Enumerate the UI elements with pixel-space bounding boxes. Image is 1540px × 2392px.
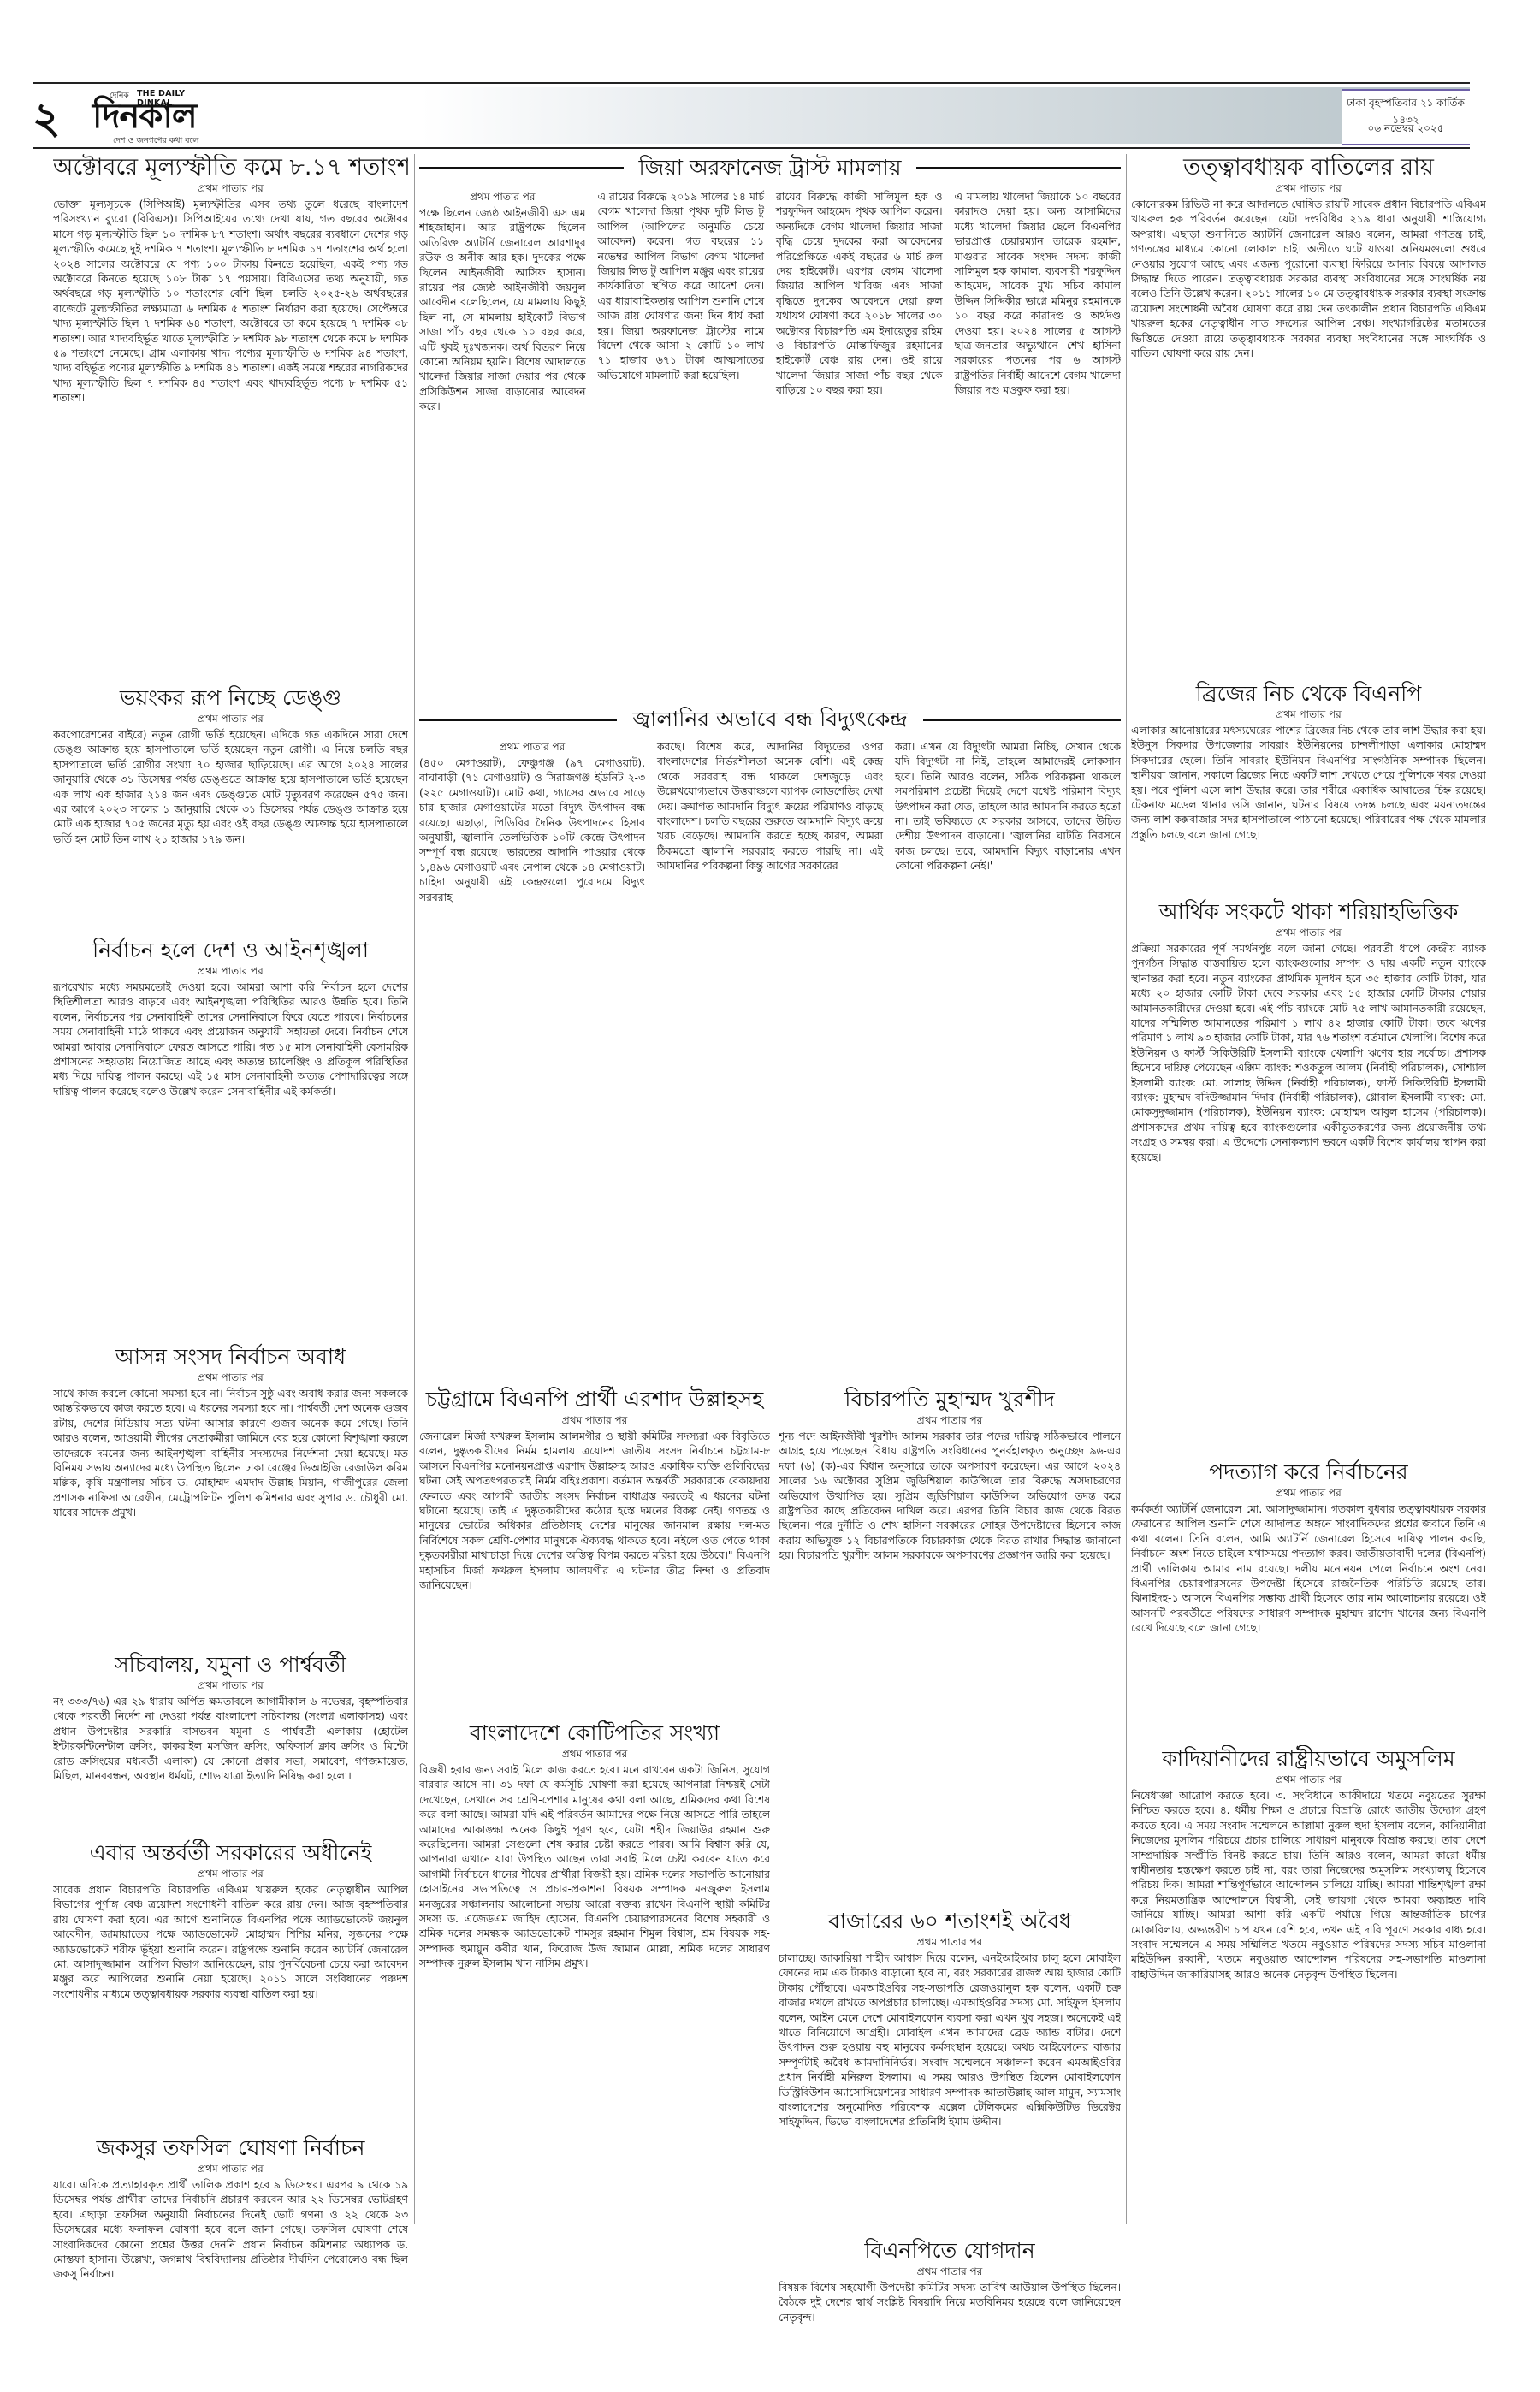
article-kicker: প্রথম পাতার পর (53, 1867, 408, 1880)
article-kicker: প্রথম পাতার পর (1131, 181, 1486, 195)
article-khurshid[interactable]: বিচারপতি মুহাম্মদ খুরশীদ প্রথম পাতার পর … (779, 1386, 1121, 1904)
article-parliament[interactable]: আসন্ন সংসদ নির্বাচন অবাধ প্রথম পাতার পর … (53, 1343, 408, 1647)
article-body: বিজয়ী হবার জন্য সবাই মিলে কাজ করতে হবে।… (419, 1763, 770, 1972)
article-headline[interactable]: বিচারপতি মুহাম্মদ খুরশীদ (779, 1386, 1121, 1413)
article-body: চালাচ্ছে। জাকারিয়া শাহীদ আশ্বাস দিয়ে ব… (779, 1951, 1121, 2130)
article-body: সাথে কাজ করলে কোনো সমস্যা হবে না। নির্বা… (53, 1387, 408, 1521)
article-joining[interactable]: বিএনপিতে যোগদান প্রথম পাতার পর বিষয়ক বি… (779, 2237, 1121, 2340)
article-body: কর্মকর্তা অ্যাটর্নি জেনারেল মো. আসাদুজ্জ… (1131, 1502, 1486, 1637)
article-kicker: প্রথম পাতার পর (1131, 1486, 1486, 1500)
article-body: কোনোরকম রিভিউ না করে আদালতে ঘোষিত রায়টি… (1131, 198, 1486, 361)
article-body: করপোরেশনের বাইরে) নতুন রোগী ভর্তি হয়েছে… (53, 728, 408, 847)
article-zia-trust[interactable]: জিয়া অরফানেজ ট্রাস্ট মামলায় প্রথম পাতা… (419, 154, 1121, 702)
column-divider (414, 154, 415, 2224)
article-kicker: প্রথম পাতার পর (419, 740, 645, 754)
article-market[interactable]: বাজারের ৬০ শতাংশই অবৈধ প্রথম পাতার পর চা… (779, 1908, 1121, 2224)
article-headline[interactable]: জ্বালানির অভাবে বন্ধ বিদ্যুৎকেন্দ্র (419, 706, 1121, 733)
article-headline[interactable]: কাদিয়ানীদের রাষ্ট্রীয়ভাবে অমুসলিম (1131, 1745, 1486, 1773)
article-kicker: প্রথম পাতার পর (53, 964, 408, 978)
article-schedule[interactable]: জকসুর তফসিল ঘোষণা নির্বাচন প্রথম পাতার প… (53, 2134, 408, 2327)
article-headline[interactable]: আসন্ন সংসদ নির্বাচন অবাধ (53, 1343, 408, 1371)
dateline-box: ঢাকা বৃহস্পতিবার ২১ কার্তিক ১৪৩২ ০৬ নভেম… (1342, 89, 1470, 145)
article-kicker: প্রথম পাতার পর (53, 1371, 408, 1384)
article-kicker: প্রথম পাতার পর (53, 712, 408, 725)
article-body: নিষেধাজ্ঞা আরোপ করতে হবে। ৩. সংবিধানে আক… (1131, 1789, 1486, 1982)
article-headline[interactable]: ব্রিজের নিচ থেকে বিএনপি (1131, 680, 1486, 708)
article-millionaires[interactable]: বাংলাদেশে কোটিপতির সংখ্যা প্রথম পাতার পর… (419, 1720, 770, 2336)
article-body: (৪৫০ মেগাওয়াট), ফেঞ্চুগঞ্জ (৯৭ মেগাওয়া… (419, 757, 645, 903)
article-headline[interactable]: অক্টোবরে মূল্যস্ফীতি কমে ৮.১৭ শতাংশ (53, 154, 408, 181)
logo-wordmark: দিনকাল (92, 98, 197, 135)
article-column: করা। এখন যে বিদ্যুৎটা আমরা নিচ্ছি, সেখান… (895, 740, 1121, 905)
article-column: করছে। বিশেষ করে, আদানির বিদ্যুতের ওপর বা… (657, 740, 883, 905)
article-headline[interactable]: বাংলাদেশে কোটিপতির সংখ্যা (419, 1720, 770, 1747)
article-headline[interactable]: তত্ত্বাবধায়ক বাতিলের রায় (1131, 154, 1486, 181)
article-kicker: প্রথম পাতার পর (779, 2265, 1121, 2278)
article-inflation[interactable]: অক্টোবরে মূল্যস্ফীতি কমে ৮.১৭ শতাংশ প্রথ… (53, 154, 408, 637)
article-resign[interactable]: পদত্যাগ করে নির্বাচনের প্রথম পাতার পর কর… (1131, 1459, 1486, 1741)
column-divider (1126, 154, 1127, 2224)
masthead-banner: ২ দৈনিক THE DAILY DINKAL দিনকাল দেশ ও জন… (33, 87, 1470, 144)
article-sharia-banks[interactable]: আর্থিক সংকটে থাকা শরিয়াহভিত্তিক প্রথম প… (1131, 898, 1486, 1454)
article-body: সাবেক প্রধান বিচারপতি বিচারপতি এবিএম খায… (53, 1883, 408, 2002)
article-kicker: প্রথম পাতার পর (1131, 926, 1486, 939)
article-kicker: প্রথম পাতার পর (1131, 1773, 1486, 1786)
article-body: প্রক্রিয়া সরকারের পূর্ণ সমর্থনপুষ্ট বলে… (1131, 942, 1486, 1165)
section-divider (419, 702, 1121, 702)
article-kicker: প্রথম পাতার পর (779, 1935, 1121, 1949)
article-caretaker[interactable]: তত্ত্বাবধায়ক বাতিলের রায় প্রথম পাতার প… (1131, 154, 1486, 667)
article-bridge[interactable]: ব্রিজের নিচ থেকে বিএনপি প্রথম পাতার পর এ… (1131, 680, 1486, 894)
page-number: ২ (33, 94, 61, 142)
article-dengue[interactable]: ভয়ংকর রূপ নিচ্ছে ডেঙ্গু প্রথম পাতার পর … (53, 684, 408, 911)
article-kicker: প্রথম পাতার পর (53, 1679, 408, 1692)
article-secretariat[interactable]: সচিবালয়, যমুনা ও পার্শ্ববর্তী প্রথম পাত… (53, 1651, 408, 1835)
newspaper-logo[interactable]: দৈনিক THE DAILY DINKAL দিনকাল দেশ ও জনগণ… (92, 89, 199, 147)
article-body: ভোক্তা মূল্যসূচকে (সিপিআই) মূল্যস্ফীতির … (53, 198, 408, 406)
article-headline[interactable]: আর্থিক সংকটে থাকা শরিয়াহভিত্তিক (1131, 898, 1486, 926)
article-body: পক্ষে ছিলেন জ্যেষ্ঠ আইনজীবী এস এম শাহজাহ… (419, 207, 586, 412)
article-headline[interactable]: জিয়া অরফানেজ ট্রাস্ট মামলায় (419, 154, 1121, 181)
article-body: জেনারেল মির্জা ফখরুল ইসলাম আলমগীর ও স্থা… (419, 1430, 770, 1593)
article-kicker: প্রথম পাতার পর (419, 1747, 770, 1761)
article-chattogram[interactable]: চট্টগ্রামে বিএনপি প্রার্থী এরশাদ উল্লাহস… (419, 1386, 770, 1720)
article-headline[interactable]: এবার অন্তর্বর্তী সরকারের অধীনেই (53, 1839, 408, 1867)
article-column: এ রায়ের বিরুদ্ধে ২০১৯ সালের ১৪ মার্চ বে… (598, 190, 765, 415)
headline-text: জিয়া অরফানেজ ট্রাস্ট মামলায় (639, 154, 902, 181)
article-interim[interactable]: এবার অন্তর্বর্তী সরকারের অধীনেই প্রথম পা… (53, 1839, 408, 2147)
article-kicker: প্রথম পাতার পর (53, 181, 408, 195)
article-headline[interactable]: পদত্যাগ করে নির্বাচনের (1131, 1459, 1486, 1486)
headline-text: জ্বালানির অভাবে বন্ধ বিদ্যুৎকেন্দ্র (632, 706, 907, 733)
article-headline[interactable]: ভয়ংকর রূপ নিচ্ছে ডেঙ্গু (53, 684, 408, 712)
article-body: যাবে। এদিকে প্রত্যাহারকৃত প্রার্থী তালিক… (53, 2178, 408, 2282)
date-divider (1347, 115, 1465, 115)
article-body: এলাকার আনোয়ারের মৎস্যঘেরের পাশের ব্রিজে… (1131, 724, 1486, 843)
logo-tagline: দেশ ও জনগণের কথা বলে (113, 135, 198, 148)
article-headline[interactable]: চট্টগ্রামে বিএনপি প্রার্থী এরশাদ উল্লাহস… (419, 1386, 770, 1413)
article-kicker: প্রথম পাতার পর (419, 190, 586, 204)
article-body: রূপরেখার মধ্যে সময়মতোই দেওয়া হবে। আমরা… (53, 980, 408, 1099)
article-body: নং-৩৩৩/৭৬)-এর ২৯ ধারায় অর্পিত ক্ষমতাবলে… (53, 1695, 408, 1784)
article-headline[interactable]: বাজারের ৬০ শতাংশই অবৈধ (779, 1908, 1121, 1935)
article-headline[interactable]: সচিবালয়, যমুনা ও পার্শ্ববর্তী (53, 1651, 408, 1679)
article-power[interactable]: জ্বালানির অভাবে বন্ধ বিদ্যুৎকেন্দ্র প্রথ… (419, 706, 1121, 1322)
article-kicker: প্রথম পাতার পর (53, 2162, 408, 2176)
article-body: বিষয়ক বিশেষ সহযোগী উপদেষ্টা কমিটির সদস্… (779, 2281, 1121, 2325)
article-column: এ মামলায় খালেদা জিয়াকে ১০ বছরের কারাদণ… (955, 190, 1122, 415)
article-election-law[interactable]: নির্বাচন হলে দেশ ও আইনশৃঙ্খলা প্রথম পাতা… (53, 937, 408, 1322)
article-column: প্রথম পাতার পর (৪৫০ মেগাওয়াট), ফেঞ্চুগঞ… (419, 740, 645, 905)
article-kicker: প্রথম পাতার পর (419, 1413, 770, 1427)
article-kicker: প্রথম পাতার পর (779, 1413, 1121, 1427)
article-body: শূন্য পদে আইনজীবী খুরশীদ আলম সরকার তার প… (779, 1430, 1121, 1564)
article-headline[interactable]: জকসুর তফসিল ঘোষণা নির্বাচন (53, 2134, 408, 2162)
date-gregorian: ০৬ নভেম্বর ২০২৫ (1342, 121, 1470, 139)
article-qadiani[interactable]: কাদিয়ানীদের রাষ্ট্রীয়ভাবে অমুসলিম প্রথ… (1131, 1745, 1486, 2336)
masthead: ২ দৈনিক THE DAILY DINKAL দিনকাল দেশ ও জন… (33, 82, 1470, 149)
article-headline[interactable]: নির্বাচন হলে দেশ ও আইনশৃঙ্খলা (53, 937, 408, 964)
article-column: রায়ের বিরুদ্ধে কাজী সালিমুল হক ও শরফুদ্… (776, 190, 943, 415)
article-headline[interactable]: বিএনপিতে যোগদান (779, 2237, 1121, 2265)
article-column: প্রথম পাতার পর পক্ষে ছিলেন জ্যেষ্ঠ আইনজী… (419, 190, 586, 415)
article-kicker: প্রথম পাতার পর (1131, 708, 1486, 721)
